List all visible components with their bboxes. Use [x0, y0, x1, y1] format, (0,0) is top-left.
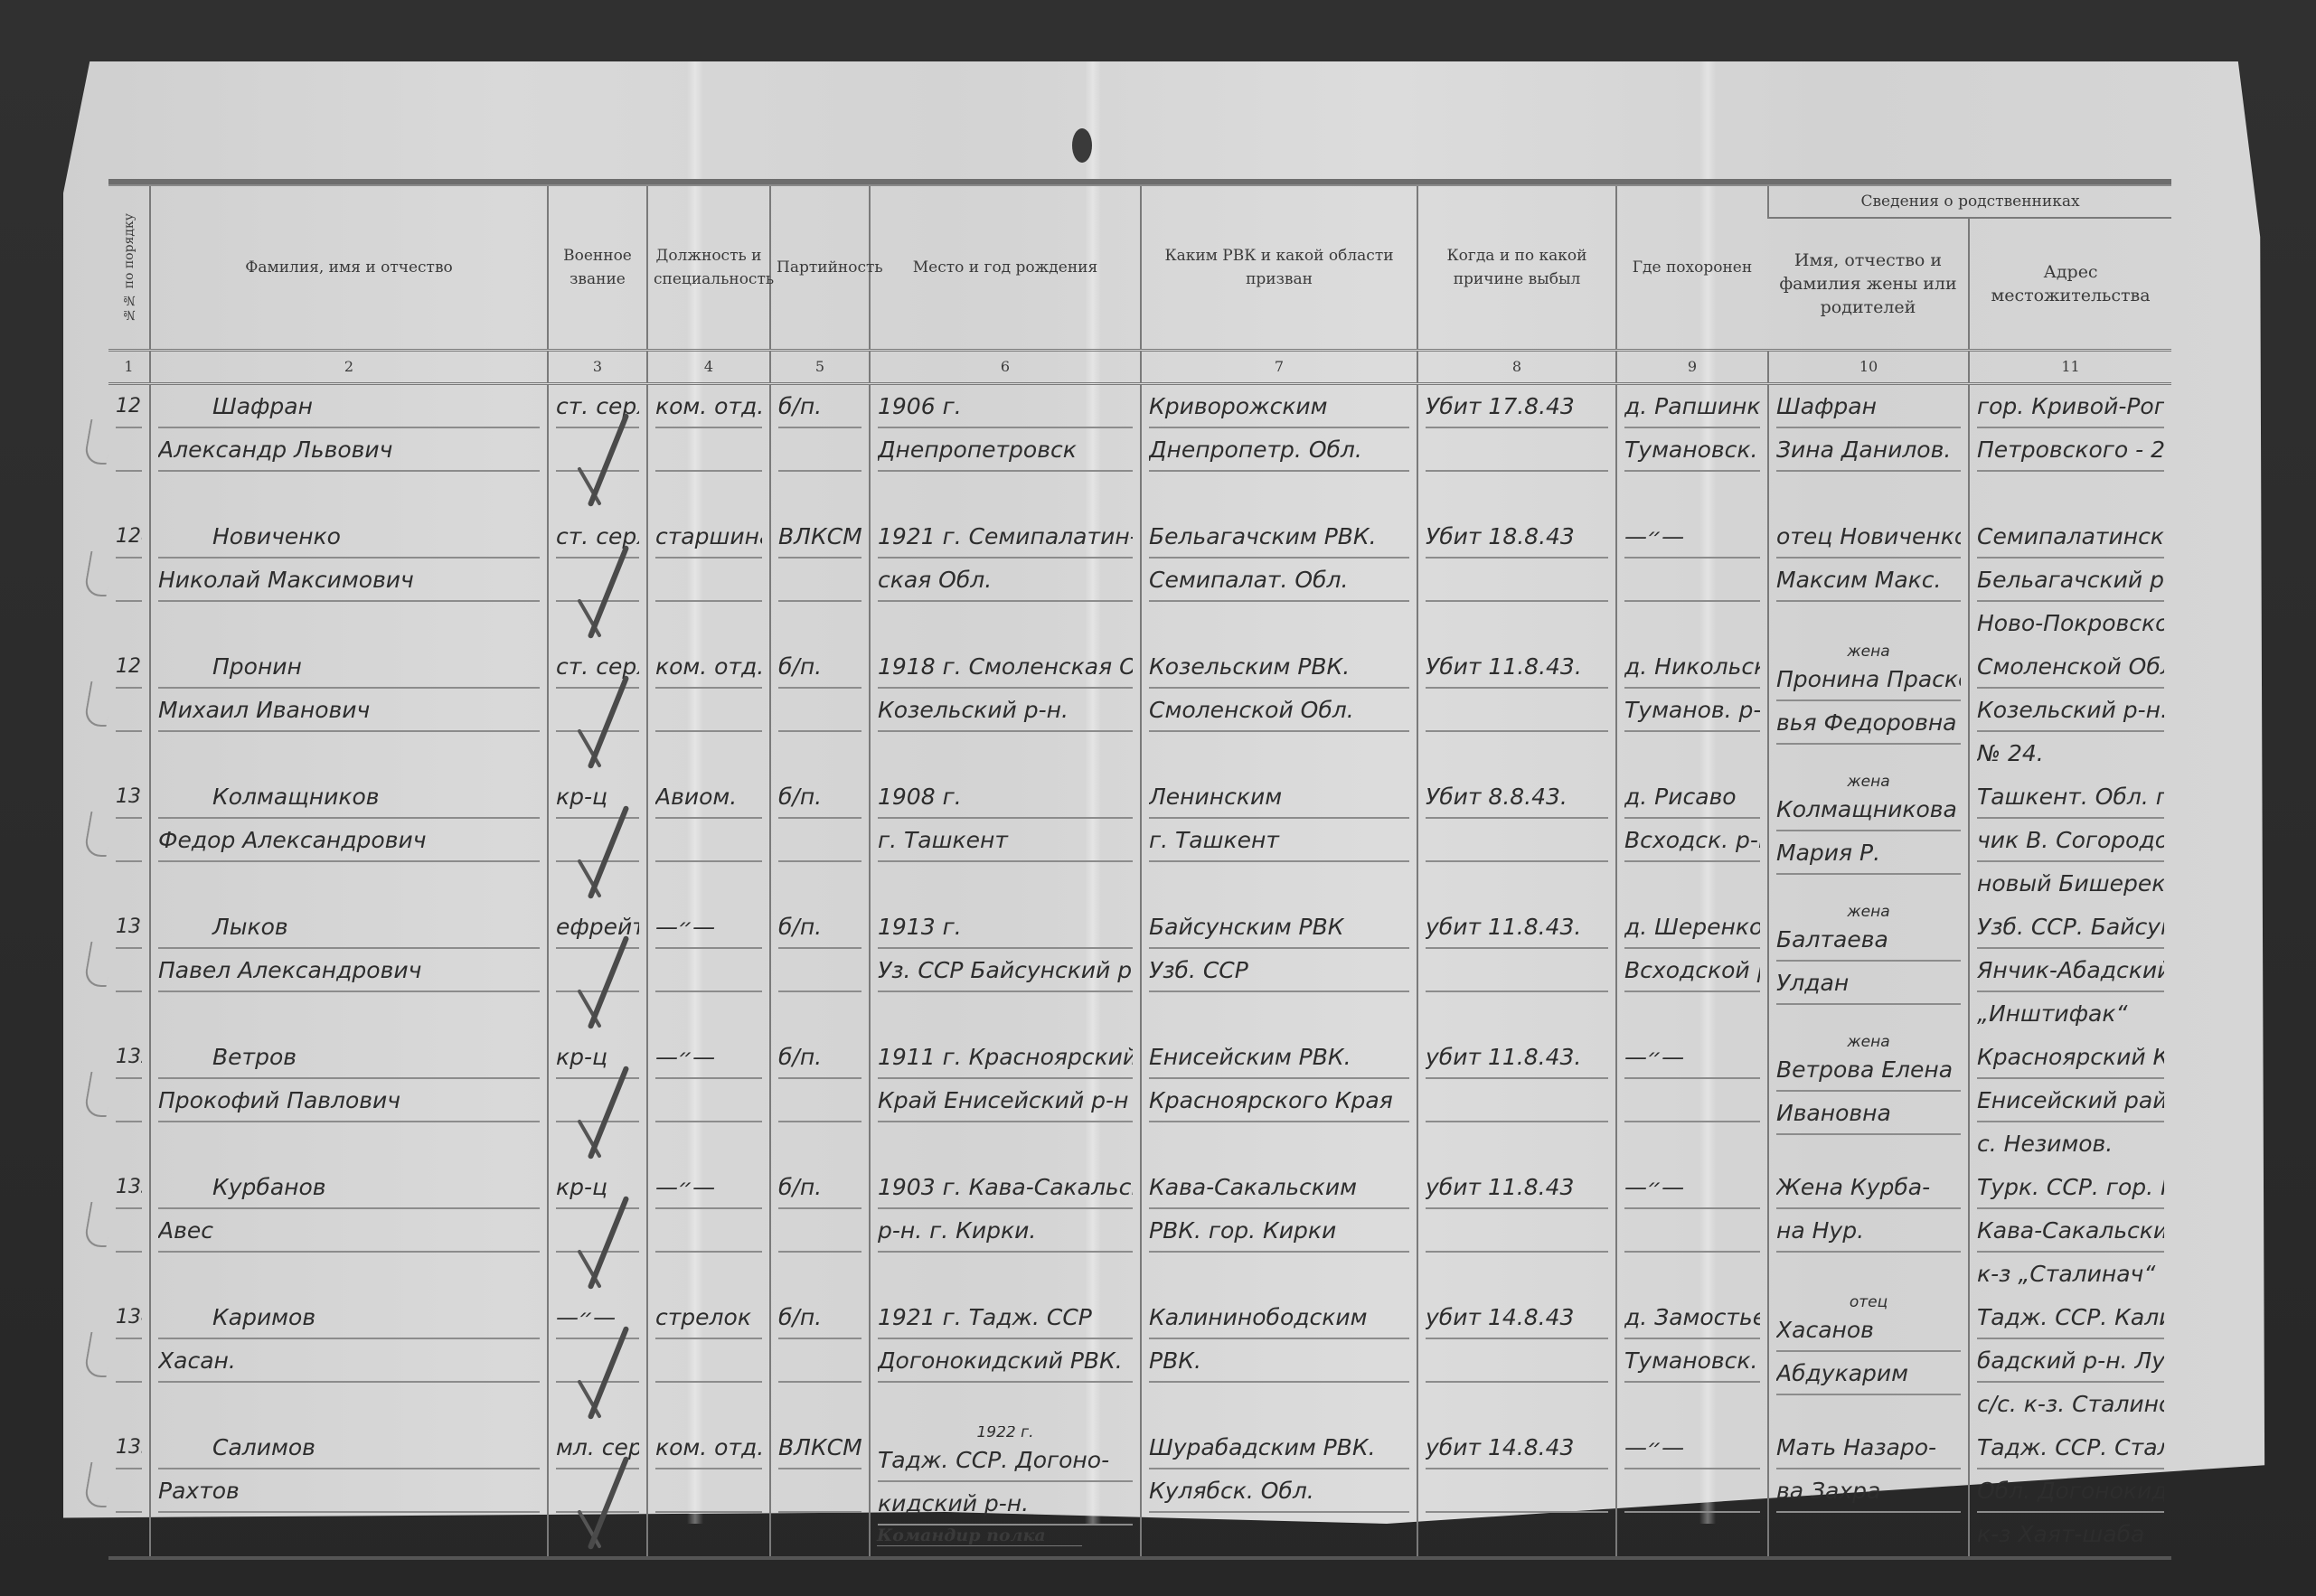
blank-line [1426, 428, 1608, 472]
draft-cell: Калининободским РВК. [1141, 1296, 1417, 1426]
buried-line-1: д. Никольское [1624, 645, 1760, 689]
blank-line [655, 1079, 762, 1122]
address-cell: гор. Кривой-Рог Петровского - 27 [1969, 383, 2171, 515]
address-cell: Ташкент. Обл. гор. Чир- чик В. Согородок… [1969, 775, 2171, 906]
when-cell: убит 11.8.43. [1417, 1036, 1616, 1166]
row-number: 134 [116, 1296, 142, 1339]
buried-line-1: —״— [1624, 1036, 1760, 1079]
when-cell: Убит 18.8.43 [1417, 515, 1616, 645]
blank-line [778, 1469, 861, 1513]
name-cell: Курбанов Авес [150, 1166, 548, 1296]
blank-line [778, 1339, 861, 1383]
blank-line [116, 1339, 142, 1383]
table-row: 127 Шафран Александр Львович ст. серж. к… [108, 383, 2171, 515]
column-number: 10 [1768, 350, 1969, 383]
relative-line-2: Максим Макс. [1776, 559, 1961, 602]
surname: Курбанов [158, 1166, 540, 1209]
blank-line [778, 819, 861, 862]
surname: Колмащников [158, 775, 540, 819]
blank-line [655, 1339, 762, 1383]
table-row: 131 Лыков Павел Александрович ефрейт. —״… [108, 906, 2171, 1036]
draft-line-2: Семипалат. Обл. [1149, 559, 1409, 602]
when-cell: убит 11.8.43 [1417, 1166, 1616, 1296]
party-cell: б/п. [770, 775, 870, 906]
draft-line-2: Узб. ССР [1149, 949, 1409, 992]
address-line-3: с. Незимов. [1977, 1122, 2164, 1166]
column-number: 4 [647, 350, 770, 383]
given-names: Рахтов [158, 1469, 540, 1513]
draft-cell: Байсунским РВК Узб. ССР [1141, 906, 1417, 1036]
draft-line-2: РВК. гор. Кирки [1149, 1209, 1409, 1253]
blank-line [1426, 559, 1608, 602]
birth-line-1: 1921 г. Семипалатин- [878, 515, 1133, 559]
address-line-1: Семипалатинская Обл. [1977, 515, 2164, 559]
name-cell: Пронин Михаил Иванович [150, 645, 548, 775]
rank-cell: кр-ц [548, 1166, 647, 1296]
blank-line [1426, 1339, 1608, 1383]
birth-cell: 1918 г. Смоленская Обл. Козельский р-н. [870, 645, 1141, 775]
row-number: 129 [116, 645, 142, 689]
header-name: Фамилия, имя и отчество [150, 186, 548, 350]
relative-line-1: Жена Курба- [1776, 1166, 1961, 1209]
top-rule [108, 179, 2171, 186]
blank-line [778, 428, 861, 472]
relative-note: отец [1776, 1296, 1961, 1309]
address-line-2: Енисейский район. [1977, 1079, 2164, 1122]
address-line-3: к-з Хаят-шаба [1977, 1513, 2164, 1556]
rank-cell: кр-ц [548, 1036, 647, 1166]
when-killed: Убит 11.8.43. [1426, 645, 1608, 689]
address-line-2: Бельагачский р-н село [1977, 559, 2164, 602]
birth-line-1: 1913 г. [878, 906, 1133, 949]
relative-line-2: Абдукарим [1776, 1352, 1961, 1395]
table-row: 133 Курбанов Авес кр-ц —״— б/п. 1903 г. … [108, 1166, 2171, 1296]
address-line-1: Тадж. ССР. Сталинобад. [1977, 1426, 2164, 1469]
when-cell: Убит 11.8.43. [1417, 645, 1616, 775]
header-position: Должность и специальность [647, 186, 770, 350]
party: б/п. [778, 775, 861, 819]
name-cell: Новиченко Николай Максимович [150, 515, 548, 645]
row-number-cell: 135 [108, 1426, 150, 1558]
party-cell: б/п. [770, 906, 870, 1036]
buried-line-1: д. Замостье. [1624, 1296, 1760, 1339]
rank-cell: мл. серж. [548, 1426, 647, 1558]
draft-cell: Криворожским Днепропетр. Обл. [1141, 383, 1417, 515]
header-birth: Место и год рождения [870, 186, 1141, 350]
address-cell: Турк. ССР. гор. Кирки Кава-Сакальский р-… [1969, 1166, 2171, 1296]
position: ком. отд. [655, 385, 762, 428]
position: —״— [655, 1036, 762, 1079]
blank-line [778, 949, 861, 992]
rank-cell: ефрейт. [548, 906, 647, 1036]
buried-cell: д. Рапшинка Тумановск. р-н [1616, 383, 1768, 515]
address-line-3: № 24. [1977, 732, 2164, 775]
blank-line [116, 819, 142, 862]
birth-cell: 1906 г. Днепропетровск [870, 383, 1141, 515]
surname: Новиченко [158, 515, 540, 559]
given-names: Хасан. [158, 1339, 540, 1383]
buried-line-2 [1624, 1079, 1760, 1122]
buried-cell: д. Рисаво Всходск. р-н [1616, 775, 1768, 906]
address-line-2: Кава-Сакальский р-н [1977, 1209, 2164, 1253]
address-line-3: „Инштифак“ [1977, 992, 2164, 1036]
address-line-3: Ново-Покровское [1977, 602, 2164, 645]
row-number: 131 [116, 906, 142, 949]
party: б/п. [778, 1036, 861, 1079]
address-cell: Тадж. ССР. Сталинобад. Обл. Догонокидски… [1969, 1426, 2171, 1558]
birth-year-note: 1922 г. [878, 1426, 1133, 1439]
party-cell: б/п. [770, 645, 870, 775]
relative-line-1: Балтаева [1776, 918, 1961, 962]
row-number-cell: 129 [108, 645, 150, 775]
birth-line-2: Козельский р-н. [878, 689, 1133, 732]
buried-line-2: Всходск. р-н [1624, 819, 1760, 862]
draft-line-1: Шурабадским РВК. [1149, 1426, 1409, 1469]
address-line-2: бадский р-н. Лучинский [1977, 1339, 2164, 1383]
address-line-1: Тадж. ССР. Калинино- [1977, 1296, 2164, 1339]
position: ком. отд. [655, 1426, 762, 1469]
when-killed: убит 14.8.43 [1426, 1296, 1608, 1339]
position-cell: —״— [647, 906, 770, 1036]
buried-line-2 [1624, 1209, 1760, 1253]
birth-line-2: Днепропетровск [878, 428, 1133, 472]
blank-line [1426, 949, 1608, 992]
relative-note: жена [1776, 1036, 1961, 1048]
when-killed: убит 11.8.43. [1426, 1036, 1608, 1079]
buried-line-1: —״— [1624, 515, 1760, 559]
commander-signature-label: Командир полка [877, 1526, 1082, 1546]
birth-line-1: Тадж. ССР. Догоно- [878, 1439, 1133, 1482]
draft-cell: Бельагачским РВК. Семипалат. Обл. [1141, 515, 1417, 645]
address-line-2: Петровского - 27 [1977, 428, 2164, 472]
address-line-1: Турк. ССР. гор. Кирки [1977, 1166, 2164, 1209]
name-cell: Салимов Рахтов [150, 1426, 548, 1558]
address-cell: Тадж. ССР. Калинино- бадский р-н. Лучинс… [1969, 1296, 2171, 1426]
when-cell: убит 11.8.43. [1417, 906, 1616, 1036]
position-cell: ком. отд. [647, 383, 770, 515]
rank: ст. серж. [556, 515, 639, 559]
casualty-table: №№ по порядку Фамилия, имя и отчество Во… [108, 186, 2171, 1560]
buried-line-1: —״— [1624, 1426, 1760, 1469]
position-cell: ком. отд. [647, 645, 770, 775]
relative-line-1: Колмащникова [1776, 788, 1961, 831]
column-numbers-row: 1 2 3 4 5 6 7 8 9 10 11 [108, 350, 2171, 383]
party-cell: ВЛКСМ [770, 515, 870, 645]
row-number: 130 [116, 775, 142, 819]
birth-line-1: 1908 г. [878, 775, 1133, 819]
table-row: 134 Каримов Хасан. —״— стрелок б/п. 1921… [108, 1296, 2171, 1426]
position: —״— [655, 906, 762, 949]
birth-line-1: 1903 г. Кава-Сакальский [878, 1166, 1133, 1209]
row-number: 127 [116, 385, 142, 428]
given-names: Александр Львович [158, 428, 540, 472]
buried-line-1: д. Рисаво [1624, 775, 1760, 819]
position: Авиом. [655, 775, 762, 819]
blank-line [1426, 1469, 1608, 1513]
party: б/п. [778, 906, 861, 949]
address-line-2: Обл. Догонокидский р-н [1977, 1469, 2164, 1513]
given-names: Федор Александрович [158, 819, 540, 862]
relative-note: жена [1776, 775, 1961, 788]
relative-line-1: отец Новиченко [1776, 515, 1961, 559]
rank-cell: ст. серж. [548, 645, 647, 775]
relative-line-1: Пронина Праско- [1776, 658, 1961, 701]
draft-line-2: Смоленской Обл. [1149, 689, 1409, 732]
birth-cell: 1921 г. Тадж. ССР Догонокидский РВК. [870, 1296, 1141, 1426]
column-number: 7 [1141, 350, 1417, 383]
address-line-3 [1977, 472, 2164, 515]
birth-line-2: р-н. г. Кирки. [878, 1209, 1133, 1253]
column-number: 1 [108, 350, 150, 383]
rank: мл. серж. [556, 1426, 639, 1469]
buried-cell: —״— [1616, 1166, 1768, 1296]
header-relative-name: Имя, отчество и фамилия жены или родител… [1768, 218, 1969, 350]
punch-hole [1072, 128, 1092, 163]
draft-line-1: Калининободским [1149, 1296, 1409, 1339]
buried-line-2: Тумановск. р-н [1624, 1339, 1760, 1383]
when-killed: Убит 17.8.43 [1426, 385, 1608, 428]
birth-cell: 1913 г. Уз. ССР Байсунский р-н. [870, 906, 1141, 1036]
given-names: Павел Александрович [158, 949, 540, 992]
surname: Лыков [158, 906, 540, 949]
rank: кр-ц [556, 1166, 639, 1209]
name-cell: Шафран Александр Львович [150, 383, 548, 515]
blank-line [556, 428, 639, 472]
address-line-1: Узб. ССР. Байсунский р-н [1977, 906, 2164, 949]
birth-cell: 1911 г. Красноярский Край Енисейский р-н [870, 1036, 1141, 1166]
address-line-3: к-з „Сталинач“ [1977, 1253, 2164, 1296]
name-cell: Лыков Павел Александрович [150, 906, 548, 1036]
draft-line-1: Байсунским РВК [1149, 906, 1409, 949]
buried-cell: —״— [1616, 515, 1768, 645]
rank: ст. серж. [556, 645, 639, 689]
row-number: 135 [116, 1426, 142, 1469]
blank-line [556, 819, 639, 862]
buried-line-1: д. Шеренково [1624, 906, 1760, 949]
relative-line-2: на Нур. [1776, 1209, 1961, 1253]
party: ВЛКСМ [778, 515, 861, 559]
when-killed: Убит 8.8.43. [1426, 775, 1608, 819]
blank-line [1426, 819, 1608, 862]
when-cell: Убит 17.8.43 [1417, 383, 1616, 515]
buried-line-2: Всходской р-н [1624, 949, 1760, 992]
relative-line-1: Шафран [1776, 385, 1961, 428]
position: старшина [655, 515, 762, 559]
address-line-2: Козельский р-н. Садовая [1977, 689, 2164, 732]
column-number: 8 [1417, 350, 1616, 383]
given-names: Николай Максимович [158, 559, 540, 602]
relative-line-2: ва Захра [1776, 1469, 1961, 1513]
position: —״— [655, 1166, 762, 1209]
birth-line-2: Уз. ССР Байсунский р-н. [878, 949, 1133, 992]
when-cell: убит 14.8.43 [1417, 1296, 1616, 1426]
relative-cell: жена Балтаева Улдан [1768, 906, 1969, 1036]
draft-line-2: Днепропетр. Обл. [1149, 428, 1409, 472]
column-number: 11 [1969, 350, 2171, 383]
when-killed: Убит 18.8.43 [1426, 515, 1608, 559]
draft-cell: Кава-Сакальским РВК. гор. Кирки [1141, 1166, 1417, 1296]
when-cell: убит 14.8.43 [1417, 1426, 1616, 1558]
buried-cell: д. Никольское Туманов. р-н [1616, 645, 1768, 775]
header-buried: Где похоронен [1616, 186, 1768, 350]
blank-line [556, 689, 639, 732]
party-cell: б/п. [770, 383, 870, 515]
draft-line-1: Бельагачским РВК. [1149, 515, 1409, 559]
column-number: 6 [870, 350, 1141, 383]
table-row: 129 Пронин Михаил Иванович ст. серж. ком… [108, 645, 2171, 775]
rank: ефрейт. [556, 906, 639, 949]
address-line-1: Ташкент. Обл. гор. Чир- [1977, 775, 2164, 819]
blank-line [556, 1209, 639, 1253]
birth-line-1: 1918 г. Смоленская Обл. [878, 645, 1133, 689]
rank: —״— [556, 1296, 639, 1339]
relative-line-1: Хасанов [1776, 1309, 1961, 1352]
blank-line [1426, 689, 1608, 732]
column-number: 5 [770, 350, 870, 383]
draft-cell: Ленинским г. Ташкент [1141, 775, 1417, 906]
draft-line-1: Криворожским [1149, 385, 1409, 428]
draft-cell: Козельским РВК. Смоленской Обл. [1141, 645, 1417, 775]
relative-line-2: Ивановна [1776, 1092, 1961, 1135]
rank: кр-ц [556, 1036, 639, 1079]
buried-line-1: д. Рапшинка [1624, 385, 1760, 428]
address-line-1: гор. Кривой-Рог [1977, 385, 2164, 428]
draft-line-2: г. Ташкент [1149, 819, 1409, 862]
position-cell: —״— [647, 1166, 770, 1296]
draft-cell: Енисейским РВК. Красноярского Края [1141, 1036, 1417, 1166]
when-killed: убит 14.8.43 [1426, 1426, 1608, 1469]
blank-line [655, 689, 762, 732]
row-number-cell: 134 [108, 1296, 150, 1426]
row-number-cell: 127 [108, 383, 150, 515]
birth-line-2: кидский р-н. [878, 1482, 1133, 1526]
given-names: Авес [158, 1209, 540, 1253]
rank-cell: —״— [548, 1296, 647, 1426]
name-cell: Каримов Хасан. [150, 1296, 548, 1426]
table-row: 130 Колмащников Федор Александрович кр-ц… [108, 775, 2171, 906]
header-relatives-group: Сведения о родственниках [1768, 186, 2171, 218]
when-killed: убит 11.8.43. [1426, 906, 1608, 949]
header-draft: Каким РВК и какой области призван [1141, 186, 1417, 350]
blank-line [778, 1209, 861, 1253]
party-cell: б/п. [770, 1296, 870, 1426]
casualty-rows: 127 Шафран Александр Львович ст. серж. к… [108, 383, 2171, 1558]
column-number: 9 [1616, 350, 1768, 383]
birth-line-2: Догонокидский РВК. [878, 1339, 1133, 1383]
address-line-2: чик В. Согородок ул- [1977, 819, 2164, 862]
address-cell: Красноярский Край Енисейский район. с. Н… [1969, 1036, 2171, 1166]
buried-line-2: Туманов. р-н [1624, 689, 1760, 732]
blank-line [556, 1339, 639, 1383]
buried-cell: д. Шеренково Всходской р-н [1616, 906, 1768, 1036]
row-number-cell: 130 [108, 775, 150, 906]
relative-line-2: вья Федоровна [1776, 701, 1961, 745]
casualty-form: №№ по порядку Фамилия, имя и отчество Во… [108, 179, 2171, 1560]
buried-cell: —״— [1616, 1426, 1768, 1558]
birth-cell: 1908 г. г. Ташкент [870, 775, 1141, 906]
relative-cell: Жена Курба- на Нур. [1768, 1166, 1969, 1296]
party: ВЛКСМ. [778, 1426, 861, 1469]
blank-line [1426, 1209, 1608, 1253]
draft-line-1: Ленинским [1149, 775, 1409, 819]
address-line-3: новый Бишерек № 9. [1977, 862, 2164, 906]
rank-cell: кр-ц [548, 775, 647, 906]
blank-line [116, 428, 142, 472]
relative-cell: Мать Назаро- ва Захра [1768, 1426, 1969, 1558]
given-names: Михаил Иванович [158, 689, 540, 732]
party: б/п. [778, 1166, 861, 1209]
party-cell: ВЛКСМ. [770, 1426, 870, 1558]
blank-line [556, 949, 639, 992]
position: ком. отд. [655, 645, 762, 689]
draft-line-2: Кулябск. Обл. [1149, 1469, 1409, 1513]
blank-line [116, 949, 142, 992]
header-num: №№ по порядку [108, 186, 150, 350]
rank: ст. серж. [556, 385, 639, 428]
address-line-2: Янчик-Абадский с/с. к-з [1977, 949, 2164, 992]
row-number-cell: 132 [108, 1036, 150, 1166]
header-rank: Военное звание [548, 186, 647, 350]
blank-line [116, 1209, 142, 1253]
table-row: 132 Ветров Прокофий Павлович кр-ц —״— б/… [108, 1036, 2171, 1166]
relative-line-1: Мать Назаро- [1776, 1426, 1961, 1469]
blank-line [116, 1079, 142, 1122]
buried-cell: —״— [1616, 1036, 1768, 1166]
blank-line [1426, 1079, 1608, 1122]
draft-line-1: Енисейским РВК. [1149, 1036, 1409, 1079]
party-cell: б/п. [770, 1166, 870, 1296]
rank-cell: ст. серж. [548, 515, 647, 645]
party: б/п. [778, 385, 861, 428]
draft-line-1: Кава-Сакальским [1149, 1166, 1409, 1209]
position-cell: стрелок [647, 1296, 770, 1426]
birth-line-1: 1906 г. [878, 385, 1133, 428]
birth-cell: 1921 г. Семипалатин- ская Обл. [870, 515, 1141, 645]
blank-line [116, 1469, 142, 1513]
address-line-3: с/с. к-з. Сталинобод. [1977, 1383, 2164, 1426]
position: стрелок [655, 1296, 762, 1339]
position-cell: ком. отд. [647, 1426, 770, 1558]
draft-line-1: Козельским РВК. [1149, 645, 1409, 689]
surname: Ветров [158, 1036, 540, 1079]
name-cell: Ветров Прокофий Павлович [150, 1036, 548, 1166]
position-cell: Авиом. [647, 775, 770, 906]
party: б/п. [778, 645, 861, 689]
header-address: Адрес местожительства [1969, 218, 2171, 350]
blank-line [556, 1079, 639, 1122]
relative-cell: отец Новиченко Максим Макс. [1768, 515, 1969, 645]
birth-line-2: г. Ташкент [878, 819, 1133, 862]
blank-line [655, 949, 762, 992]
address-line-1: Красноярский Край [1977, 1036, 2164, 1079]
party: б/п. [778, 1296, 861, 1339]
blank-line [116, 559, 142, 602]
blank-line [556, 559, 639, 602]
draft-cell: Шурабадским РВК. Кулябск. Обл. [1141, 1426, 1417, 1558]
birth-line-1: 1921 г. Тадж. ССР [878, 1296, 1133, 1339]
surname: Шафран [158, 385, 540, 428]
relative-cell: Шафран Зина Данилов. [1768, 383, 1969, 515]
draft-line-2: РВК. [1149, 1339, 1409, 1383]
table-row: 135 Салимов Рахтов мл. серж. ком. отд. В… [108, 1426, 2171, 1558]
birth-line-2: ская Обл. [878, 559, 1133, 602]
blank-line [655, 1209, 762, 1253]
when-cell: Убит 8.8.43. [1417, 775, 1616, 906]
position-cell: старшина [647, 515, 770, 645]
blank-line [778, 559, 861, 602]
column-number: 2 [150, 350, 548, 383]
relative-line-1: Ветрова Елена [1776, 1048, 1961, 1092]
